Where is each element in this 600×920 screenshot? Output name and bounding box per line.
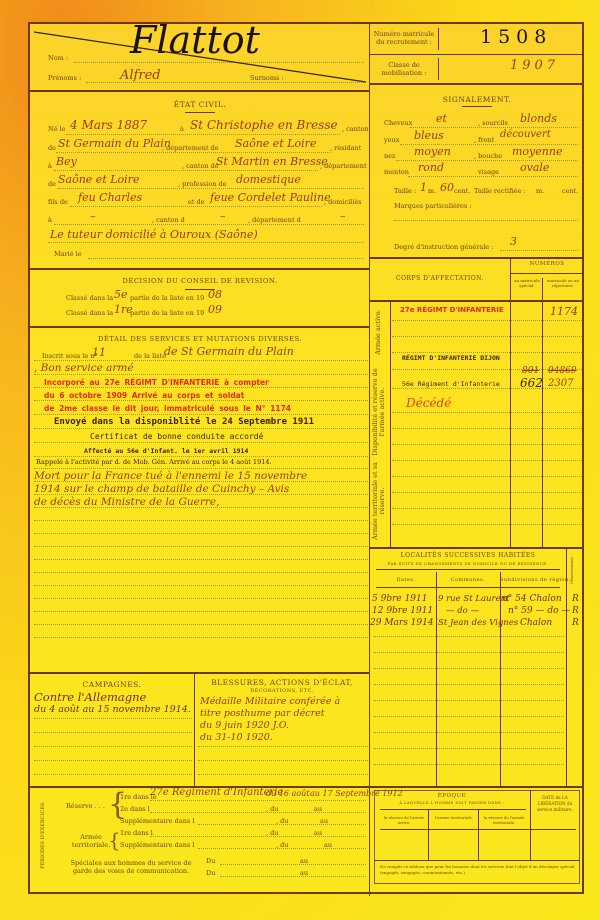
epoque-note: Ne remplir ce tableau que pour les homme…: [380, 864, 576, 876]
exercices-side-label: PÉRIODES D'EXERCICES.: [40, 796, 46, 874]
exercice-row-du: du 16 août: [266, 789, 310, 798]
epoque-title: ÉPOQUE: [374, 793, 530, 799]
de-label: de: [48, 144, 56, 152]
localites-col-communes: Communes.: [436, 577, 500, 583]
taille-m-label: m.: [428, 187, 436, 195]
epoque-subtitle: À LAQUELLE L'HOMME DOIT PASSER DANS :: [374, 801, 530, 805]
liste-value: de St Germain du Plain: [164, 345, 294, 358]
speciales-label: Spéciales aux hommes du service de garde…: [66, 859, 196, 875]
marques-label: Marques particulières :: [394, 202, 471, 210]
taille-rect-cent: cent.: [562, 187, 578, 195]
right-column: Numéro matricule du recrutement : 1508 C…: [370, 24, 584, 896]
fils-label: fils de: [48, 198, 68, 206]
localite-subdivision: n° 59 — do —: [508, 606, 570, 616]
canton3-label: , canton d: [152, 216, 185, 224]
instruction-value: 3: [510, 235, 517, 248]
numeros-header: NUMÉROS: [510, 261, 584, 267]
domicilies-label: , domiciliés: [324, 198, 362, 206]
departement-value: Saône et Loire: [235, 137, 316, 150]
residence-value: Bey: [56, 155, 77, 168]
inscrit-label: Inscrit sous le n°: [42, 352, 98, 360]
service-line: Certificat de bonne conduite accordé: [90, 432, 263, 441]
localite-subdivision: Chalon: [520, 618, 552, 628]
service-line: de 2me classe le dit jour, immatriculé s…: [44, 404, 291, 413]
blessure-line: Médaille Militaire conférée à: [200, 696, 340, 707]
localite-mark: R: [572, 618, 579, 628]
strike-line: [30, 24, 370, 94]
classe-1-suffix: partie de la liste en 19: [130, 294, 204, 302]
localite-mark: R: [572, 606, 579, 616]
col-matricule-header: au matricule spécial.: [512, 278, 542, 288]
yeux-value: bleus: [414, 129, 444, 142]
classe-value: 1907: [510, 58, 559, 73]
mere-value: feue Cordelet Pauline: [210, 191, 331, 204]
classe-label: Classe de mobilisation :: [370, 61, 438, 77]
campagne-line: Contre l'Allemagne: [34, 690, 146, 704]
registre-matricule-sheet: Nom : Flattot Prénoms : Alfred Surnoms :…: [28, 22, 584, 894]
localite-date: 29 Mars 1914: [370, 618, 434, 628]
localite-date: 12 9bre 1911: [372, 606, 433, 616]
classe-1-label: Classé dans la: [66, 294, 113, 302]
canton3-value: –: [220, 210, 226, 223]
taille-cent-label: cent.: [454, 187, 470, 195]
canton2-value: St Martin en Bresse: [216, 155, 328, 168]
taille-rect-m: m.: [536, 187, 544, 195]
section-active-label: Armée active.: [374, 304, 382, 360]
epoque-col-reserve-territoriale: la réserve de l'armée territoriale.: [480, 815, 528, 825]
services-title: DÉTAIL DES SERVICES ET MUTATIONS DIVERSE…: [30, 335, 370, 343]
nez-value: moyen: [414, 145, 451, 158]
epoque-col-reserve: la réserve de l'armée active.: [380, 815, 428, 825]
inscrit-num: 11: [92, 346, 106, 359]
liste-label: de la liste: [134, 352, 166, 360]
classe-1-partie: 5e: [114, 288, 128, 301]
ne-le-label: Né le: [48, 125, 66, 133]
exercice-row-label: Supplémentaire dans l: [120, 841, 194, 849]
menton-label: menton: [384, 168, 409, 176]
blessure-line: du 9 juin 1920 J.O.: [200, 720, 289, 731]
visage-label: visage: [478, 168, 499, 176]
nez-label: nez: [384, 152, 395, 160]
departement2-value: Saône et Loire: [58, 173, 139, 186]
mere-label: et de: [188, 198, 205, 206]
classe-2-suffix: partie de la liste en 19: [130, 309, 204, 317]
canton2-label: , canton de: [182, 162, 219, 170]
reserve-label: Réserve . . .: [66, 802, 105, 810]
exercice-row-label: Du: [206, 869, 215, 877]
canton-label: , canton: [342, 125, 369, 133]
campagne-line: du 4 août au 15 novembre 1914.: [34, 704, 191, 715]
affectation-num2: 04869: [548, 366, 577, 376]
menton-value: rond: [418, 161, 444, 174]
blessure-line: du 31-10 1920.: [200, 732, 273, 743]
departement3-label: , département d: [248, 216, 301, 224]
yeux-label: yeux: [384, 136, 399, 144]
tuteur-note: Le tuteur domicilié à Ouroux (Saône): [50, 228, 258, 241]
affectation-corps: 27e RÉGIMT D'INFANTERIE: [400, 306, 504, 314]
exercice-row-label: 2e dans l: [120, 805, 150, 813]
etat-civil-title: ÉTAT CIVIL.: [30, 100, 370, 109]
localite-commune: St Jean des Vignes: [438, 618, 518, 628]
section-terr-label: Armée territoriale et sa réserve.: [372, 462, 386, 540]
localite-subdivision: n° 54 Chalon: [502, 594, 562, 604]
canton-value: St Germain du Plain: [58, 137, 171, 150]
bouche-value: moyenne: [512, 145, 562, 158]
localites-subtitle: PAR SUITE DE CHANGEMENTS DE DOMICILE OU …: [370, 561, 566, 566]
front-label: , front: [474, 136, 494, 144]
service-line: du 6 octobre 1909 Arrivé au corps et sol…: [44, 391, 244, 400]
col-repertoire-header: matricule ou au répertoire.: [544, 278, 582, 288]
localites-col-dates: Dates.: [376, 577, 436, 583]
taille-label: Taille :: [394, 187, 416, 195]
matricule-label: Numéro matricule du recrutement :: [370, 30, 438, 46]
taille-rect-label: Taille rectifiée :: [474, 187, 525, 195]
a3-label: à: [48, 216, 52, 224]
a2-label: à: [48, 162, 52, 170]
taille-cent-value: 60: [440, 181, 454, 194]
departement-label: , département de: [162, 144, 219, 152]
epoque-col-territoriale: l'armée territoriale.: [430, 815, 478, 820]
bouche-label: , bouche: [474, 152, 502, 160]
localite-commune: — do —: [446, 606, 479, 616]
localites-col-subdivisions: Subdivisions de région.: [500, 577, 566, 583]
visage-value: ovale: [520, 161, 549, 174]
service-line: , Bon service armé: [34, 362, 134, 374]
service-line: Affecté au 56e d'Infant. le 1er avril 19…: [84, 447, 248, 455]
campagnes-title: CAMPAGNES.: [30, 680, 194, 689]
profession-value: domestique: [236, 173, 301, 186]
profession-label: , profession de: [178, 180, 227, 188]
affectation-corps: Décédé: [406, 396, 451, 410]
service-line: Incorporé au 27e RÉGIMT D'INFANTERIE à c…: [44, 378, 269, 387]
localites-title: LOCALITÉS SUCCESSIVES HABITÉES: [370, 552, 566, 559]
matricule-value: 1508: [480, 26, 552, 48]
localite-date: 5 9bre 1911: [372, 594, 427, 604]
lieu-naissance-value: St Christophe en Bresse: [190, 118, 338, 132]
residant-label: , résidant: [330, 144, 361, 152]
section-dispo-label: Disponibilité et réserve de l'armée acti…: [372, 368, 386, 456]
localite-mark: R: [572, 594, 579, 604]
corps-affectation-header: CORPS D'AFFECTATION.: [370, 275, 510, 282]
service-line: Envoyé dans la disponiblité le 24 Septem…: [54, 417, 314, 427]
exercice-row-label: Du: [206, 857, 215, 865]
exercice-row-label: 1re dans l: [120, 829, 153, 837]
instruction-label: Degré d'instruction générale :: [394, 243, 493, 251]
left-column: Nom : Flattot Prénoms : Alfred Surnoms :…: [30, 24, 370, 896]
affectation-num2: 1174: [550, 305, 578, 318]
observations-label: Observations.: [569, 550, 574, 590]
ne-le-value: 4 Mars 1887: [70, 118, 147, 132]
marie-label: Marié le: [54, 250, 82, 258]
territoriale-brace: {: [108, 830, 121, 850]
exercice-row-value: 27e Régiment d'Infanterie: [150, 787, 283, 798]
front-value: découvert: [500, 129, 551, 140]
de2-label: de: [48, 180, 56, 188]
localite-commune: 9 rue St Laurent: [438, 594, 510, 604]
a-label: à: [180, 125, 184, 133]
blessures-subtitle: DÉCORATIONS, ETC.: [194, 688, 370, 694]
blessures-title: BLESSURES, ACTIONS D'ÉCLAT,: [194, 678, 370, 687]
departement3-value: –: [340, 210, 346, 223]
signalement-title: SIGNALEMENT.: [370, 95, 584, 104]
cheveux-label: Cheveux: [384, 119, 412, 127]
classe-2-annee: 09: [208, 303, 222, 316]
classe-2-label: Classé dans la: [66, 309, 113, 317]
blessure-line: titre posthume par décret: [200, 708, 325, 719]
sourcils-value: blonds: [520, 112, 557, 125]
sourcils-label: , sourcils: [478, 119, 508, 127]
domicile-value: –: [90, 210, 96, 223]
affectation-corps: RÉGIMT D'INFANTERIE DIJON: [402, 354, 500, 362]
affectation-num1: 801: [522, 366, 539, 376]
affectation-corps: 56e Régiment d'Infanterie: [402, 380, 500, 388]
departement2-label: , département: [320, 162, 367, 170]
date-liberation-header: DATE de LA LIBÉRATION du service militai…: [532, 795, 578, 813]
service-line: Rappelé à l'activité par d. de Mob. Gén.…: [36, 458, 272, 466]
taille-m-value: 1: [420, 181, 427, 194]
pere-value: feu Charles: [78, 191, 142, 204]
classe-1-annee: 08: [208, 288, 222, 301]
exercice-row-label: Supplémentaire dans l: [120, 817, 194, 825]
conseil-revision-title: DÉCISION DU CONSEIL DE REVISION.: [30, 277, 370, 285]
cheveux-value: et: [436, 112, 447, 125]
